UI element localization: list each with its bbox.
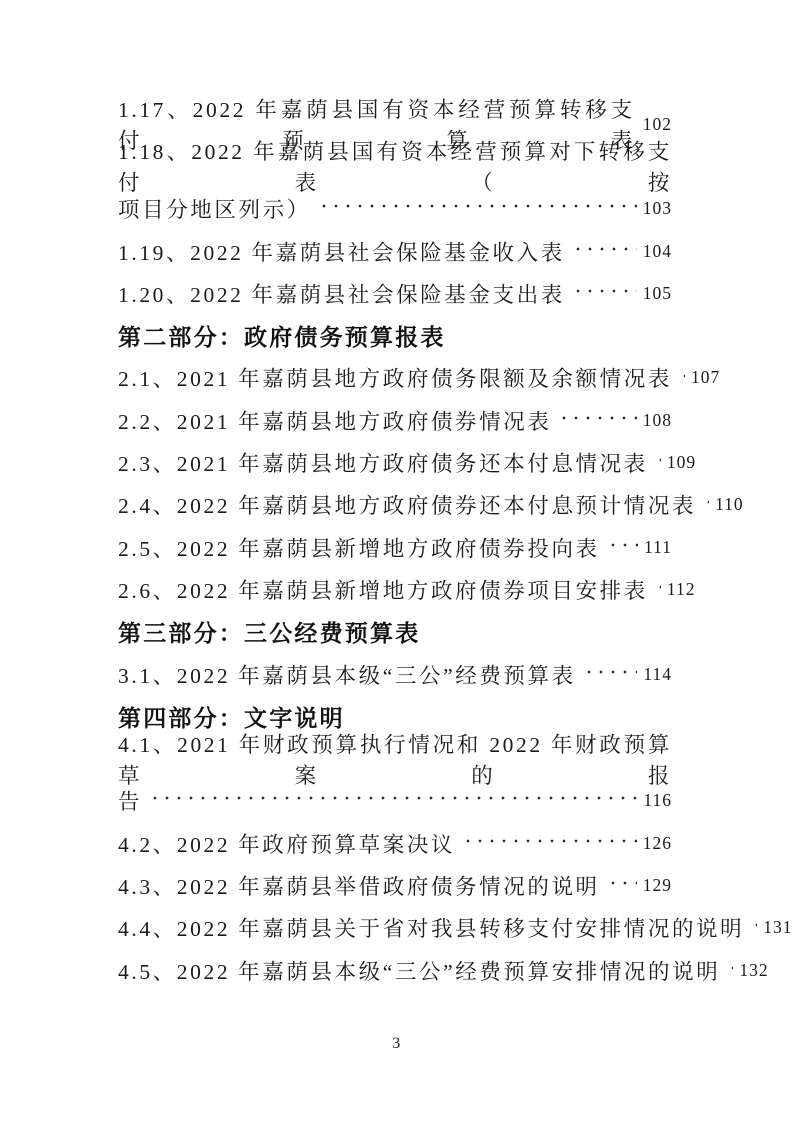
toc-entry: 2.2、2021 年嘉荫县地方政府债券情况表108 <box>118 399 672 441</box>
toc-entry: 1.18、2022 年嘉荫县国有资本经营预算对下转移支付表（按 <box>118 145 672 187</box>
toc-entry-text: 2.4、2022 年嘉荫县地方政府债券还本付息预计情况表 <box>118 489 696 520</box>
dot-leader <box>149 780 637 822</box>
toc-entry-text: 2.1、2021 年嘉荫县地方政府债务限额及余额情况表 <box>118 362 672 393</box>
toc-entry-text: 2.5、2022 年嘉荫县新增地方政府债券投向表 <box>118 532 600 563</box>
toc-entry: 2.6、2022 年嘉荫县新增地方政府债券项目安排表112 <box>118 568 672 610</box>
toc-entry: 2.5、2022 年嘉荫县新增地方政府债券投向表111 <box>118 526 672 568</box>
dot-leader <box>583 653 638 695</box>
toc-entry: 4.3、2022 年嘉荫县举借政府债务情况的说明129 <box>118 864 672 906</box>
toc-entry-text: 3.1、2022 年嘉荫县本级“三公”经费预算表 <box>118 659 576 690</box>
toc-entry-text: 2.3、2021 年嘉荫县地方政府债务还本付息情况表 <box>118 447 648 478</box>
toc-entry: 2.4、2022 年嘉荫县地方政府债券还本付息预计情况表110 <box>118 484 672 526</box>
toc-section-header: 第二部分：政府债务预算报表 <box>118 314 672 356</box>
toc-entry: 4.5、2022 年嘉荫县本级“三公”经费预算安排情况的说明132 <box>118 949 699 991</box>
toc-entry-page-number: 111 <box>644 537 672 558</box>
toc-entry: 2.1、2021 年嘉荫县地方政府债务限额及余额情况表107 <box>118 357 672 399</box>
toc-entry-page-number: 107 <box>691 367 720 388</box>
toc-entry-text: 1.20、2022 年嘉荫县社会保险基金支出表 <box>118 278 565 309</box>
toc-entry-text: 2.6、2022 年嘉荫县新增地方政府债券项目安排表 <box>118 574 648 605</box>
dot-leader <box>572 230 637 272</box>
toc-entry: 1.19、2022 年嘉荫县社会保险基金收入表104 <box>118 230 672 272</box>
toc-entry-page-number: 105 <box>643 283 672 304</box>
toc-entry-text: 4.2、2022 年政府预算草案决议 <box>118 828 455 859</box>
toc-entry-text: 4.4、2022 年嘉荫县关于省对我县转移支付安排情况的说明 <box>118 912 744 943</box>
toc-entry-text: 4.5、2022 年嘉荫县本级“三公”经费预算安排情况的说明 <box>118 955 720 986</box>
toc-section-header-text: 第二部分：政府债务预算报表 <box>118 319 446 352</box>
dot-leader <box>607 864 637 906</box>
toc: 1.17、2022 年嘉荫县国有资本经营预算转移支付预算表1021.18、202… <box>118 103 672 991</box>
dot-leader <box>655 441 661 483</box>
toc-entry-text: 1.19、2022 年嘉荫县社会保险基金收入表 <box>118 236 565 267</box>
dot-leader <box>558 399 636 441</box>
dot-leader <box>462 822 637 864</box>
toc-entry: 项目分地区列示）103 <box>118 188 672 230</box>
toc-entry-page-number: 114 <box>643 664 672 685</box>
dot-leader <box>679 357 685 399</box>
toc-entry-text: 4.3、2022 年嘉荫县举借政府债务情况的说明 <box>118 870 600 901</box>
footer-page-number: 3 <box>0 1035 793 1053</box>
toc-section-header: 第三部分：三公经费预算表 <box>118 611 672 653</box>
toc-entry: 1.20、2022 年嘉荫县社会保险基金支出表105 <box>118 272 672 314</box>
dot-leader <box>318 188 637 230</box>
toc-entry: 4.4、2022 年嘉荫县关于省对我县转移支付安排情况的说明131 <box>118 907 699 949</box>
toc-entry-page-number: 108 <box>643 410 672 431</box>
toc-entry-text: 项目分地区列示） <box>118 193 311 224</box>
dot-leader <box>572 272 637 314</box>
toc-entry-page-number: 132 <box>739 960 768 981</box>
dot-leader <box>727 949 733 991</box>
toc-entry: 3.1、2022 年嘉荫县本级“三公”经费预算表114 <box>118 653 672 695</box>
dot-leader <box>655 568 661 610</box>
toc-entry-page-number: 126 <box>643 833 672 854</box>
toc-entry: 告116 <box>118 780 672 822</box>
toc-entry-page-number: 112 <box>667 579 696 600</box>
toc-entry: 4.1、2021 年财政预算执行情况和 2022 年财政预算草案的报 <box>118 737 672 779</box>
dot-leader <box>607 526 638 568</box>
toc-entry: 2.3、2021 年嘉荫县地方政府债务还本付息情况表109 <box>118 441 672 483</box>
toc-entry-page-number: 129 <box>643 875 672 896</box>
toc-entry-page-number: 103 <box>643 198 672 219</box>
toc-entry-page-number: 109 <box>667 452 696 473</box>
toc-entry-page-number: 102 <box>643 114 672 135</box>
toc-section-header-text: 第三部分：三公经费预算表 <box>118 615 420 648</box>
toc-entry-page-number: 116 <box>643 790 672 811</box>
toc-entry-text: 2.2、2021 年嘉荫县地方政府债券情况表 <box>118 405 551 436</box>
toc-entry-page-number: 104 <box>643 241 672 262</box>
toc-entry-page-number: 110 <box>715 494 744 515</box>
dot-leader <box>703 484 709 526</box>
toc-entry-text: 告 <box>118 785 142 816</box>
document-page: 1.17、2022 年嘉荫县国有资本经营预算转移支付预算表1021.18、202… <box>0 0 793 1122</box>
toc-entry: 4.2、2022 年政府预算草案决议126 <box>118 822 672 864</box>
dot-leader <box>751 907 757 949</box>
toc-entry-page-number: 131 <box>763 917 792 938</box>
